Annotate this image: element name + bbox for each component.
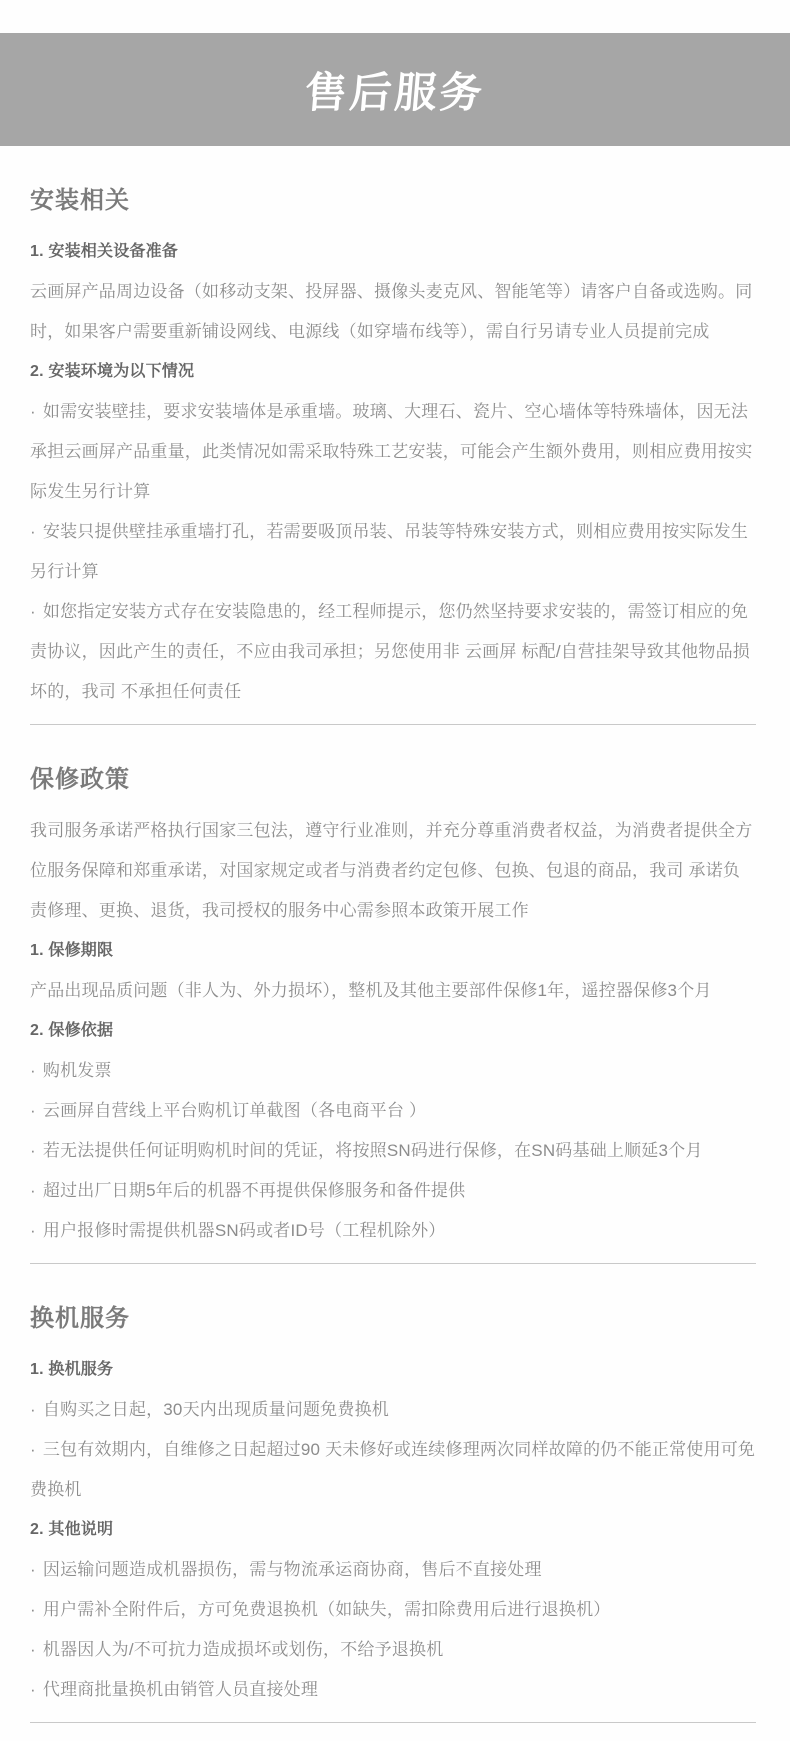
bullet-item: ·若无法提供任何证明购机时间的凭证，将按照SN码进行保修，在SN码基础上顺延3个… — [30, 1131, 756, 1171]
bullet-text: 若无法提供任何证明购机时间的凭证，将按照SN码进行保修，在SN码基础上顺延3个月 — [43, 1141, 703, 1160]
bullet-dot: · — [30, 1091, 36, 1131]
bullet-text: 机器因人为/不可抗力造成损坏或划伤，不给予退换机 — [43, 1640, 444, 1659]
section-installation: 安装相关 1. 安装相关设备准备 云画屏产品周边设备（如移动支架、投屏器、摄像头… — [30, 186, 756, 725]
paragraph: 产品出现品质问题（非人为、外力损坏），整机及其他主要部件保修1年，遥控器保修3个… — [30, 971, 756, 1011]
bullet-item: ·云画屏自营线上平台购机订单截图（各电商平台 ） — [30, 1091, 756, 1131]
bullet-dot: · — [30, 1211, 36, 1251]
section-heading: 换机服务 — [30, 1304, 756, 1334]
bullet-item: ·用户需补全附件后，方可免费退换机（如缺失，需扣除费用后进行退换机） — [30, 1590, 756, 1630]
section-heading: 安装相关 — [30, 186, 756, 216]
bullet-item: ·三包有效期内，自维修之日起超过90 天未修好或连续修理两次同样故障的仍不能正常… — [30, 1430, 756, 1510]
subheading: 2. 保修依据 — [30, 1011, 756, 1051]
page-content: 安装相关 1. 安装相关设备准备 云画屏产品周边设备（如移动支架、投屏器、摄像头… — [0, 186, 790, 1741]
bullet-dot: · — [30, 392, 36, 432]
after-sales-service-page: 售后服务 安装相关 1. 安装相关设备准备 云画屏产品周边设备（如移动支架、投屏… — [0, 0, 790, 1741]
subheading: 2. 其他说明 — [30, 1510, 756, 1550]
bullet-item: ·自购买之日起，30天内出现质量问题免费换机 — [30, 1390, 756, 1430]
bullet-dot: · — [30, 1131, 36, 1171]
subheading: 1. 安装相关设备准备 — [30, 232, 756, 272]
paragraph: 云画屏产品周边设备（如移动支架、投屏器、摄像头麦克风、智能笔等）请客户自备或选购… — [30, 272, 756, 352]
bullet-item: ·安装只提供壁挂承重墙打孔，若需要吸顶吊装、吊装等特殊安装方式，则相应费用按实际… — [30, 512, 756, 592]
paragraph: 我司服务承诺严格执行国家三包法，遵守行业准则，并充分尊重消费者权益，为消费者提供… — [30, 811, 756, 931]
bullet-dot: · — [30, 1171, 36, 1211]
section-heading: 保修政策 — [30, 765, 756, 795]
bullet-text: 安装只提供壁挂承重墙打孔，若需要吸顶吊装、吊装等特殊安装方式，则相应费用按实际发… — [30, 522, 748, 581]
bullet-item: ·如需安装壁挂，要求安装墙体是承重墙。玻璃、大理石、瓷片、空心墙体等特殊墙体，因… — [30, 392, 756, 512]
section-replacement: 换机服务 1. 换机服务 ·自购买之日起，30天内出现质量问题免费换机 ·三包有… — [30, 1304, 756, 1723]
bullet-text: 如需安装壁挂，要求安装墙体是承重墙。玻璃、大理石、瓷片、空心墙体等特殊墙体，因无… — [30, 402, 752, 501]
bullet-dot: · — [30, 592, 36, 632]
bullet-text: 如您指定安装方式存在安装隐患的，经工程师提示，您仍然坚持要求安装的，需签订相应的… — [30, 602, 750, 701]
bullet-dot: · — [30, 1390, 36, 1430]
section-divider — [30, 724, 756, 725]
page-title: 售后服务 — [302, 60, 487, 120]
subheading: 1. 保修期限 — [30, 931, 756, 971]
bullet-dot: · — [30, 1430, 36, 1470]
bullet-text: 代理商批量换机由销管人员直接处理 — [43, 1680, 318, 1699]
bullet-text: 因运输问题造成机器损伤，需与物流承运商协商，售后不直接处理 — [43, 1560, 542, 1579]
bullet-dot: · — [30, 1550, 36, 1590]
bullet-item: ·超过出厂日期5年后的机器不再提供保修服务和备件提供 — [30, 1171, 756, 1211]
bullet-text: 三包有效期内，自维修之日起超过90 天未修好或连续修理两次同样故障的仍不能正常使… — [30, 1440, 755, 1499]
bullet-item: ·如您指定安装方式存在安装隐患的，经工程师提示，您仍然坚持要求安装的，需签订相应… — [30, 592, 756, 712]
section-divider — [30, 1263, 756, 1264]
bullet-dot: · — [30, 1051, 36, 1091]
bullet-text: 用户需补全附件后，方可免费退换机（如缺失，需扣除费用后进行退换机） — [43, 1600, 611, 1619]
bullet-dot: · — [30, 1590, 36, 1630]
bullet-text: 购机发票 — [43, 1061, 112, 1080]
section-banner: 售后服务 — [0, 33, 790, 146]
bullet-dot: · — [30, 512, 36, 552]
bullet-item: ·机器因人为/不可抗力造成损坏或划伤，不给予退换机 — [30, 1630, 756, 1670]
bullet-item: ·用户报修时需提供机器SN码或者ID号（工程机除外） — [30, 1211, 756, 1251]
bottom-spacer — [30, 1723, 756, 1741]
bullet-text: 自购买之日起，30天内出现质量问题免费换机 — [43, 1400, 389, 1419]
section-warranty: 保修政策 我司服务承诺严格执行国家三包法，遵守行业准则，并充分尊重消费者权益，为… — [30, 765, 756, 1264]
bullet-text: 用户报修时需提供机器SN码或者ID号（工程机除外） — [43, 1221, 446, 1240]
bullet-text: 云画屏自营线上平台购机订单截图（各电商平台 ） — [43, 1101, 426, 1120]
bullet-item: ·因运输问题造成机器损伤，需与物流承运商协商，售后不直接处理 — [30, 1550, 756, 1590]
bullet-dot: · — [30, 1630, 36, 1670]
bullet-item: ·代理商批量换机由销管人员直接处理 — [30, 1670, 756, 1710]
subheading: 1. 换机服务 — [30, 1350, 756, 1390]
bullet-dot: · — [30, 1670, 36, 1710]
bullet-item: ·购机发票 — [30, 1051, 756, 1091]
bullet-text: 超过出厂日期5年后的机器不再提供保修服务和备件提供 — [43, 1181, 465, 1200]
subheading: 2. 安装环境为以下情况 — [30, 352, 756, 392]
